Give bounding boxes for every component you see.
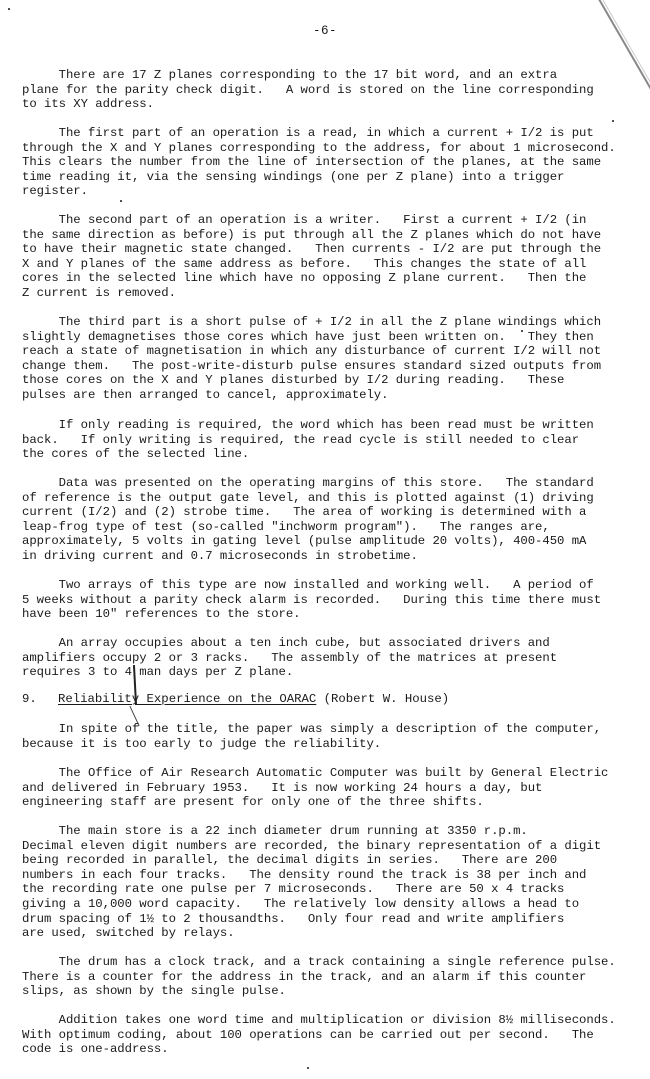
paragraph-z-planes: There are 17 Z planes corresponding to t… xyxy=(22,68,632,112)
section-author: (Robert W. House) xyxy=(316,692,449,706)
page-number: -6- xyxy=(0,24,650,38)
paragraph-write-operation: The second part of an operation is a wri… xyxy=(22,213,632,301)
paragraph-title-note: In spite of the title, the paper was sim… xyxy=(22,722,632,751)
paragraph-arrays-installed: Two arrays of this type are now installe… xyxy=(22,578,632,622)
scan-speck xyxy=(120,200,122,202)
paragraph-main-store: The main store is a 22 inch diameter dru… xyxy=(22,824,632,941)
scan-speck xyxy=(521,330,523,332)
paragraph-disturb-pulse: The third part is a short pulse of + I/2… xyxy=(22,315,632,403)
section-heading: 9.Reliability Experience on the OARAC (R… xyxy=(22,692,449,707)
paragraph-read-operation: The first part of an operation is a read… xyxy=(22,126,632,199)
paragraph-clock-track: The drum has a clock track, and a track … xyxy=(22,955,632,999)
paragraph-operating-margins: Data was presented on the operating marg… xyxy=(22,476,632,564)
scan-speck xyxy=(307,1067,309,1069)
section-number: 9. xyxy=(22,692,58,707)
section-title: Reliability Experience on the OARAC xyxy=(58,692,316,706)
scan-speck xyxy=(8,8,10,10)
paragraph-array-size: An array occupies about a ten inch cube,… xyxy=(22,636,632,680)
scan-speck xyxy=(612,120,614,122)
paragraph-arithmetic-speed: Addition takes one word time and multipl… xyxy=(22,1013,632,1057)
paragraph-read-write-only: If only reading is required, the word wh… xyxy=(22,418,632,462)
paragraph-oarac-history: The Office of Air Research Automatic Com… xyxy=(22,766,632,810)
